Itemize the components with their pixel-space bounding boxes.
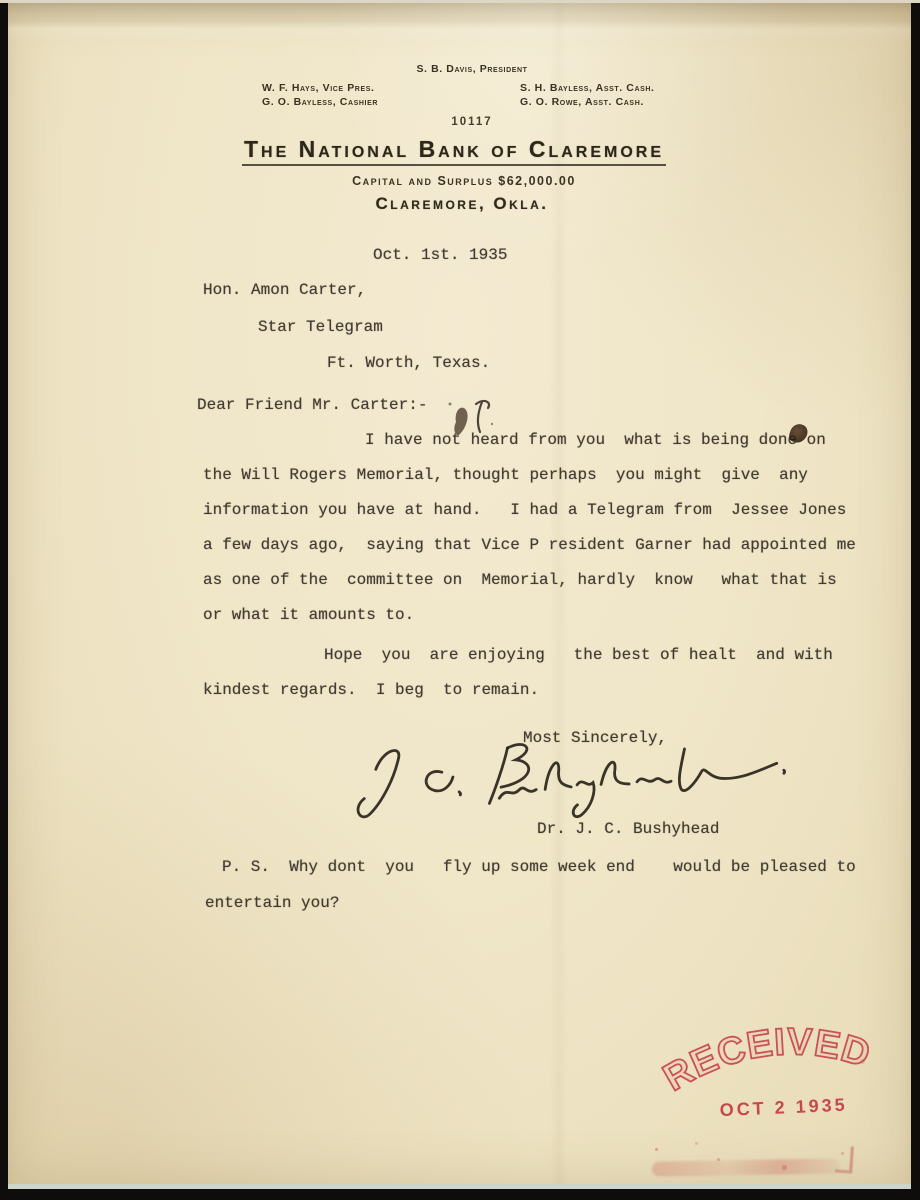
ink-smudge bbox=[438, 394, 510, 442]
body-line: kindest regards. I beg to remain. bbox=[203, 681, 539, 699]
body-line: as one of the committee on Memorial, har… bbox=[203, 571, 837, 589]
postscript-line: P. S. Why dont you fly up some week end … bbox=[222, 858, 856, 876]
signature bbox=[347, 730, 789, 830]
typed-signature-name: Dr. J. C. Bushyhead bbox=[537, 820, 719, 838]
body-line: a few days ago, saying that Vice P resid… bbox=[203, 536, 856, 554]
body-line: Hope you are enjoying the best of healt … bbox=[324, 646, 833, 664]
officer-asst-cashier-1: S. H. Bayless, Asst. Cash. bbox=[520, 82, 655, 96]
body-line: information you have at hand. I had a Te… bbox=[203, 501, 846, 519]
postscript-line: entertain you? bbox=[205, 894, 339, 912]
officer-vice-pres: W. F. Hays, Vice Pres. bbox=[262, 82, 378, 96]
bank-name: The National Bank of Claremore bbox=[242, 136, 666, 166]
bank-name-row: The National Bank of Claremore bbox=[0, 136, 914, 166]
received-stamp-date: OCT 2 1935 bbox=[719, 1095, 848, 1121]
charter-number: 10117 bbox=[12, 116, 920, 128]
officer-cashier: G. O. Bayless, Cashier bbox=[262, 96, 378, 110]
body-line: the Will Rogers Memorial, thought perhap… bbox=[203, 466, 808, 484]
stamp-corner-mark bbox=[835, 1145, 854, 1173]
letter-date: Oct. 1st. 1935 bbox=[373, 246, 507, 264]
body-line: I have not heard from you what is being … bbox=[365, 431, 826, 449]
officer-asst-cashier-2: G. O. Rowe, Asst. Cash. bbox=[520, 96, 655, 110]
salutation: Dear Friend Mr. Carter:- bbox=[197, 396, 427, 414]
stamp-smudge bbox=[652, 1158, 840, 1176]
received-stamp: RECEIVED OCT 2 1935 bbox=[644, 1009, 893, 1132]
officers-right: S. H. Bayless, Asst. Cash. G. O. Rowe, A… bbox=[520, 82, 655, 109]
address-line: Ft. Worth, Texas. bbox=[327, 354, 490, 372]
city-line: Claremore, Okla. bbox=[2, 194, 920, 214]
red-ink-specks bbox=[655, 1148, 658, 1151]
letter-content: S. B. Davis, President W. F. Hays, Vice … bbox=[0, 0, 920, 1200]
address-line: Star Telegram bbox=[258, 318, 383, 336]
officer-president: S. B. Davis, President bbox=[12, 63, 920, 77]
scanned-letter-page: S. B. Davis, President W. F. Hays, Vice … bbox=[0, 0, 920, 1200]
received-stamp-label: RECEIVED bbox=[655, 1017, 878, 1100]
capital-line: Capital and Surplus $62,000.00 bbox=[4, 174, 920, 188]
body-line: or what it amounts to. bbox=[203, 606, 414, 624]
address-line: Hon. Amon Carter, bbox=[203, 281, 366, 299]
officers-left: W. F. Hays, Vice Pres. G. O. Bayless, Ca… bbox=[262, 82, 378, 109]
